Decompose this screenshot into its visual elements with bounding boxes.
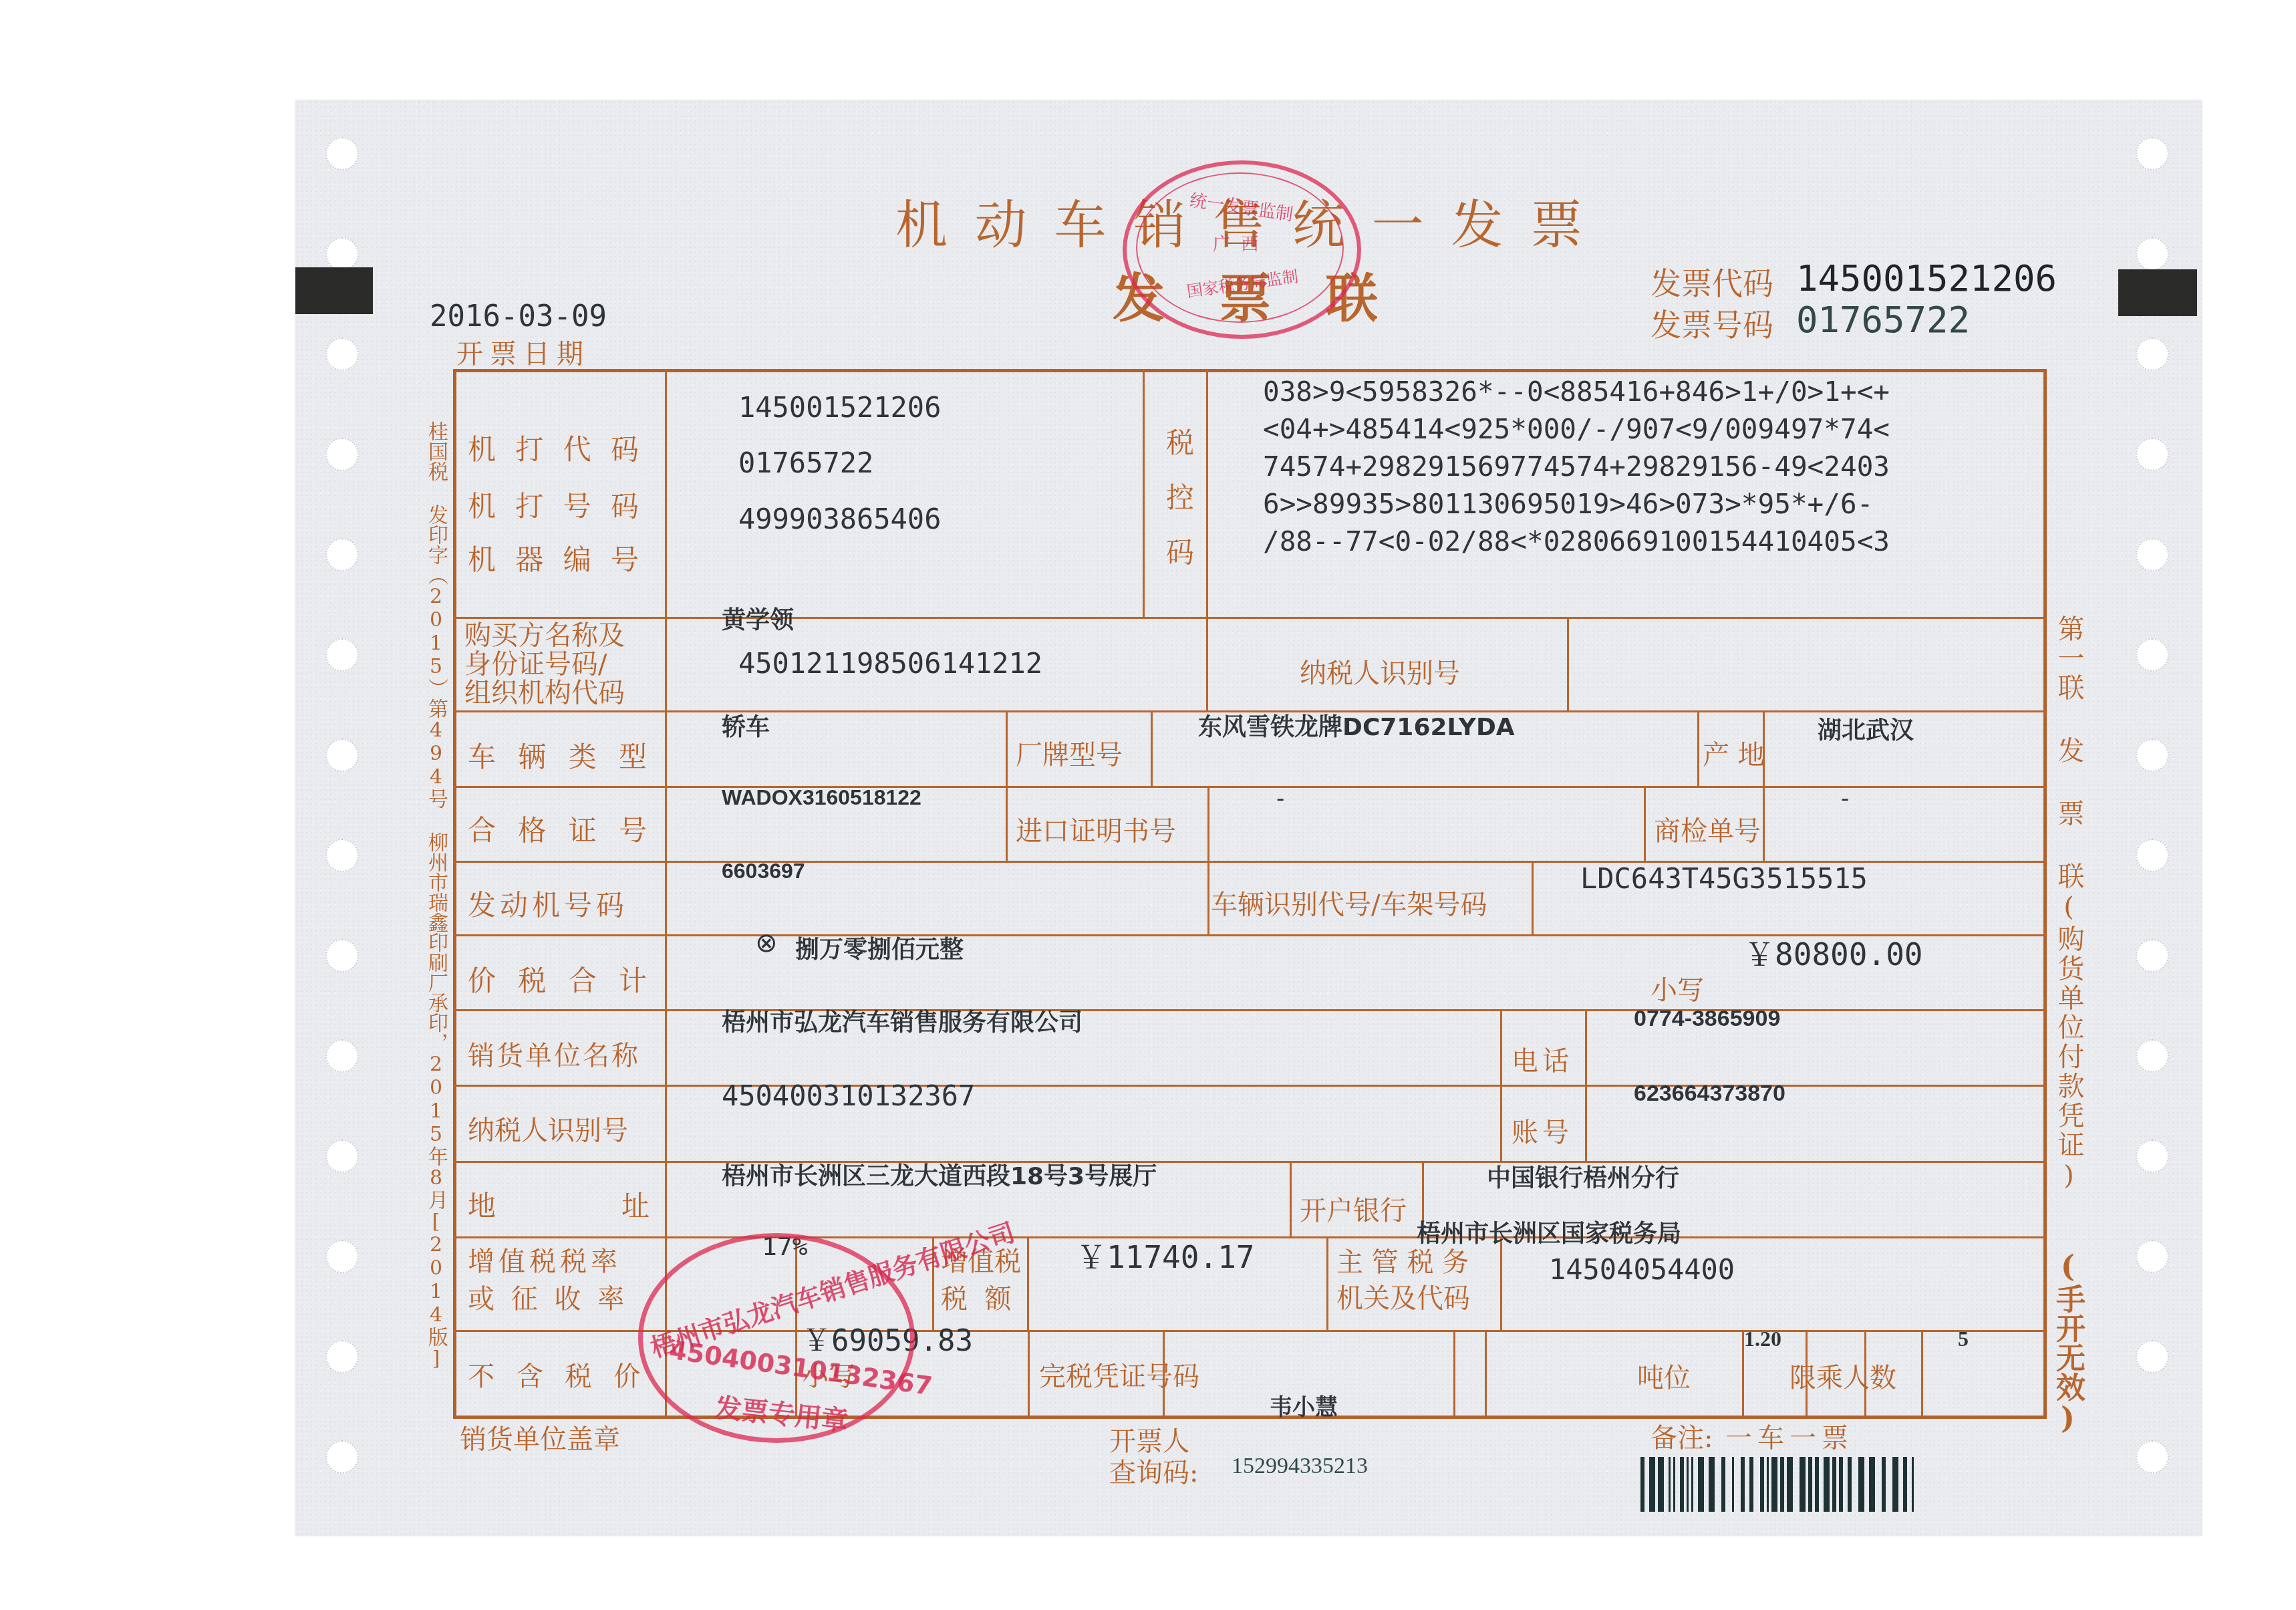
vin: LDC643T45G3515515 bbox=[1580, 862, 1868, 895]
buyer-label-line: 购买方名称及 bbox=[464, 622, 625, 650]
invoice-code: 145001521206 bbox=[1796, 257, 2057, 299]
import-cert-label: 进口证明书号 bbox=[1016, 810, 1176, 848]
barcode-bar bbox=[1892, 1457, 1898, 1512]
total-uppercase-symbol: ⊗ bbox=[755, 928, 778, 958]
tonnage: 1.20 bbox=[1744, 1327, 1781, 1351]
feed-hole bbox=[325, 137, 359, 170]
barcode-gap bbox=[1819, 1457, 1824, 1512]
feed-hole bbox=[325, 237, 359, 271]
barcode-bar bbox=[1858, 1457, 1864, 1512]
seller-bank: 中国银行梧州分行 bbox=[1487, 1160, 1679, 1194]
buyer-label-line: 身份证号码/ bbox=[464, 650, 625, 679]
tax-control-line: 74574+298291569774574+29829156-49<2403 bbox=[1263, 448, 1890, 485]
buyer-label: 购买方名称及 身份证号码/ 组织机构代码 bbox=[464, 622, 625, 708]
feed-hole bbox=[2136, 1440, 2169, 1474]
barcode-gap bbox=[1675, 1457, 1680, 1512]
feed-hole bbox=[325, 1240, 359, 1273]
origin: 湖北武汉 bbox=[1818, 712, 1914, 746]
barcode-gap bbox=[1644, 1457, 1649, 1512]
right-registration-mark bbox=[2118, 269, 2197, 316]
feed-hole bbox=[325, 338, 359, 371]
brand-model-label: 厂牌型号 bbox=[1016, 734, 1123, 772]
net-price-label: 不 含 税 价 bbox=[468, 1355, 647, 1393]
tax-control-code: 038>9<5958326*--0<885416+846>1+/0>1+<+ <… bbox=[1263, 373, 1890, 560]
feed-hole bbox=[325, 739, 359, 772]
certificate: WADOX3160518122 bbox=[722, 785, 921, 810]
inspection: - bbox=[1841, 785, 1849, 812]
left-print-info: 桂国税 发印字（2015）第494号 柳州市瑞鑫印刷厂承印，2015年8月[20… bbox=[421, 421, 450, 1424]
barcode-gap bbox=[1907, 1457, 1912, 1512]
feed-hole bbox=[325, 1139, 359, 1173]
machine-code-label: 机 打 代 码 bbox=[468, 428, 644, 468]
address-label-right: 址 bbox=[621, 1184, 650, 1224]
feed-hole bbox=[325, 1039, 359, 1073]
barcode-gap bbox=[1753, 1457, 1760, 1512]
feed-hole bbox=[2136, 438, 2169, 471]
tax-rate-label-line: 或 征 收 率 bbox=[468, 1281, 628, 1318]
seller-name-label: 销货单位名称 bbox=[468, 1035, 640, 1073]
seller-account: 623664373870 bbox=[1634, 1081, 1785, 1107]
seller-taxpayer-id: 450400310132367 bbox=[722, 1079, 975, 1112]
buyer-id-number: 450121198506141212 bbox=[738, 647, 1042, 680]
barcode-gap bbox=[1864, 1457, 1869, 1512]
barcode-bar bbox=[1787, 1457, 1793, 1512]
feed-hole bbox=[2136, 1340, 2169, 1373]
vehicle-type: 轿车 bbox=[722, 708, 770, 743]
barcode-bar bbox=[1824, 1457, 1830, 1512]
import-cert: - bbox=[1276, 785, 1284, 812]
feed-hole bbox=[2136, 538, 2169, 571]
feed-hole bbox=[2136, 1039, 2169, 1073]
vehicle-type-label: 车 辆 类 型 bbox=[468, 735, 654, 775]
barcode-gap bbox=[1715, 1457, 1721, 1512]
feed-hole bbox=[325, 839, 359, 872]
origin-label: 产 地 bbox=[1703, 734, 1765, 772]
issuer-name: 韦小慧 bbox=[1270, 1389, 1338, 1422]
feed-hole bbox=[2136, 839, 2169, 872]
feed-hole bbox=[2136, 638, 2169, 672]
tax-control-line: 038>9<5958326*--0<885416+846>1+/0>1+<+ bbox=[1263, 373, 1890, 410]
barcode-gap bbox=[1745, 1457, 1749, 1512]
feed-hole bbox=[325, 638, 359, 672]
tax-authority-label-line: 主 管 税 务 bbox=[1336, 1244, 1470, 1281]
total-uppercase: 捌万零捌佰元整 bbox=[795, 931, 964, 965]
buyer-taxpayer-id-label: 纳税人识别号 bbox=[1300, 652, 1460, 690]
address-label-left: 地 bbox=[468, 1184, 496, 1224]
tax-amount-label-line: 税 额 bbox=[941, 1281, 1021, 1318]
barcode-bar bbox=[1800, 1457, 1806, 1512]
barcode-bar bbox=[1709, 1457, 1715, 1512]
barcode-gap bbox=[1898, 1457, 1903, 1512]
barcode-gap bbox=[1704, 1457, 1709, 1512]
total-label: 价 税 合 计 bbox=[468, 959, 654, 999]
machine-number: 01765722 bbox=[738, 446, 873, 479]
buyer-name: 黄学领 bbox=[722, 601, 794, 636]
tax-control-label: 税控码 bbox=[1158, 428, 1198, 592]
remark-label: 备注: bbox=[1651, 1417, 1713, 1455]
right-copy-info: 第一联 发 票 联(购货单位付款凭证) bbox=[2050, 615, 2088, 1194]
feed-hole bbox=[325, 438, 359, 471]
tax-authority-label-line: 机关及代码 bbox=[1336, 1281, 1470, 1317]
barcode-gap bbox=[1875, 1457, 1882, 1512]
feed-hole bbox=[325, 939, 359, 972]
tax-control-line: /88--77<0-02/88<*0280669100154410405<3 bbox=[1263, 523, 1890, 560]
machine-number-label: 机 打 号 码 bbox=[468, 485, 644, 525]
seller-phone: 0774-3865909 bbox=[1634, 1006, 1780, 1032]
feed-hole bbox=[2136, 137, 2169, 170]
feed-hole bbox=[2136, 939, 2169, 972]
invoice-code-label: 发票代码 bbox=[1651, 259, 1773, 303]
feed-hole bbox=[325, 538, 359, 571]
barcode-gap bbox=[1664, 1457, 1669, 1512]
engine-number: 6603697 bbox=[722, 859, 805, 884]
remark: 一车一票 bbox=[1725, 1417, 1854, 1455]
lowercase-label: 小写 bbox=[1651, 969, 1704, 1007]
feed-hole bbox=[2136, 237, 2169, 271]
query-code: 152994335213 bbox=[1232, 1454, 1368, 1479]
left-registration-mark bbox=[295, 267, 373, 314]
barcode-bar bbox=[1658, 1457, 1664, 1512]
tax-authority-label: 主 管 税 务 机关及代码 bbox=[1336, 1244, 1470, 1317]
invoice-number-label: 发票号码 bbox=[1651, 301, 1773, 345]
issue-date-label: 开票日期 bbox=[456, 333, 590, 371]
seller-name: 梧州市弘龙汽车销售服务有限公司 bbox=[722, 1004, 1083, 1038]
seats-label: 限乘人数 bbox=[1789, 1357, 1896, 1395]
barcode-bar bbox=[1649, 1457, 1655, 1512]
seller-stamp-label: 销货单位盖章 bbox=[460, 1418, 620, 1456]
inspection-label: 商检单号 bbox=[1654, 810, 1761, 848]
barcode-gap bbox=[1914, 1457, 1918, 1512]
engine-label: 发动机号码 bbox=[468, 884, 628, 924]
vin-label: 车辆识别代号/车架号码 bbox=[1211, 884, 1487, 922]
feed-hole bbox=[2136, 739, 2169, 772]
tax-amount: ￥11740.17 bbox=[1076, 1233, 1255, 1277]
barcode-gap bbox=[1725, 1457, 1732, 1512]
total-lowercase: ￥80800.00 bbox=[1744, 930, 1923, 974]
machine-code: 145001521206 bbox=[738, 391, 941, 424]
barcode-gap bbox=[1843, 1457, 1848, 1512]
invoice-barcode bbox=[1640, 1457, 1995, 1512]
barcode-bar bbox=[1698, 1457, 1704, 1512]
phone-label: 电话 bbox=[1512, 1040, 1573, 1078]
feed-hole bbox=[2136, 338, 2169, 371]
certificate-label: 合 格 证 号 bbox=[468, 809, 654, 849]
account-label: 账号 bbox=[1512, 1111, 1573, 1150]
feed-hole bbox=[2136, 1240, 2169, 1273]
barcode-bar bbox=[1771, 1457, 1777, 1512]
tax-rate-label: 增值税税率 或 征 收 率 bbox=[468, 1243, 628, 1318]
feed-hole bbox=[2136, 1139, 2169, 1173]
tax-authority-code: 14504054400 bbox=[1549, 1253, 1735, 1286]
paid-cert-label: 完税凭证号码 bbox=[1039, 1355, 1199, 1393]
right-validity-note: (手开无效) bbox=[2046, 1250, 2089, 1436]
seller-address: 梧州市长洲区三龙大道西段18号3号展厅 bbox=[722, 1158, 1157, 1192]
brand-model: 东风雪铁龙牌DC7162LYDA bbox=[1198, 708, 1515, 743]
invoice-number: 01765722 bbox=[1796, 299, 1970, 341]
seats: 5 bbox=[1958, 1327, 1969, 1351]
tax-rate-label-line: 增值税税率 bbox=[468, 1243, 628, 1281]
issue-date: 2016-03-09 bbox=[430, 299, 607, 333]
barcode-gap bbox=[1852, 1457, 1858, 1512]
query-code-label: 查询码: bbox=[1109, 1452, 1198, 1490]
buyer-label-line: 组织机构代码 bbox=[464, 679, 625, 708]
barcode-gap bbox=[1693, 1457, 1698, 1512]
tonnage-label: 吨位 bbox=[1637, 1357, 1691, 1395]
feed-hole bbox=[325, 1340, 359, 1373]
bank-label: 开户银行 bbox=[1300, 1190, 1407, 1228]
seller-taxpayer-id-label: 纳税人识别号 bbox=[468, 1109, 628, 1148]
barcode-gap bbox=[1793, 1457, 1800, 1512]
barcode-bar bbox=[1869, 1457, 1875, 1512]
supervision-seal-middle-text: 广 西 bbox=[1213, 231, 1259, 255]
feed-hole bbox=[325, 1440, 359, 1474]
machine-device: 499903865406 bbox=[738, 503, 941, 535]
barcode-gap bbox=[1734, 1457, 1741, 1512]
machine-device-label: 机 器 编 号 bbox=[468, 538, 644, 578]
barcode-gap bbox=[1886, 1457, 1892, 1512]
tax-control-line: 6>>89935>801130695019>46>073>*95*+/6- bbox=[1263, 485, 1890, 523]
tax-control-line: <04+>485414<925*000/-/907<9/009497*74< bbox=[1263, 410, 1890, 448]
